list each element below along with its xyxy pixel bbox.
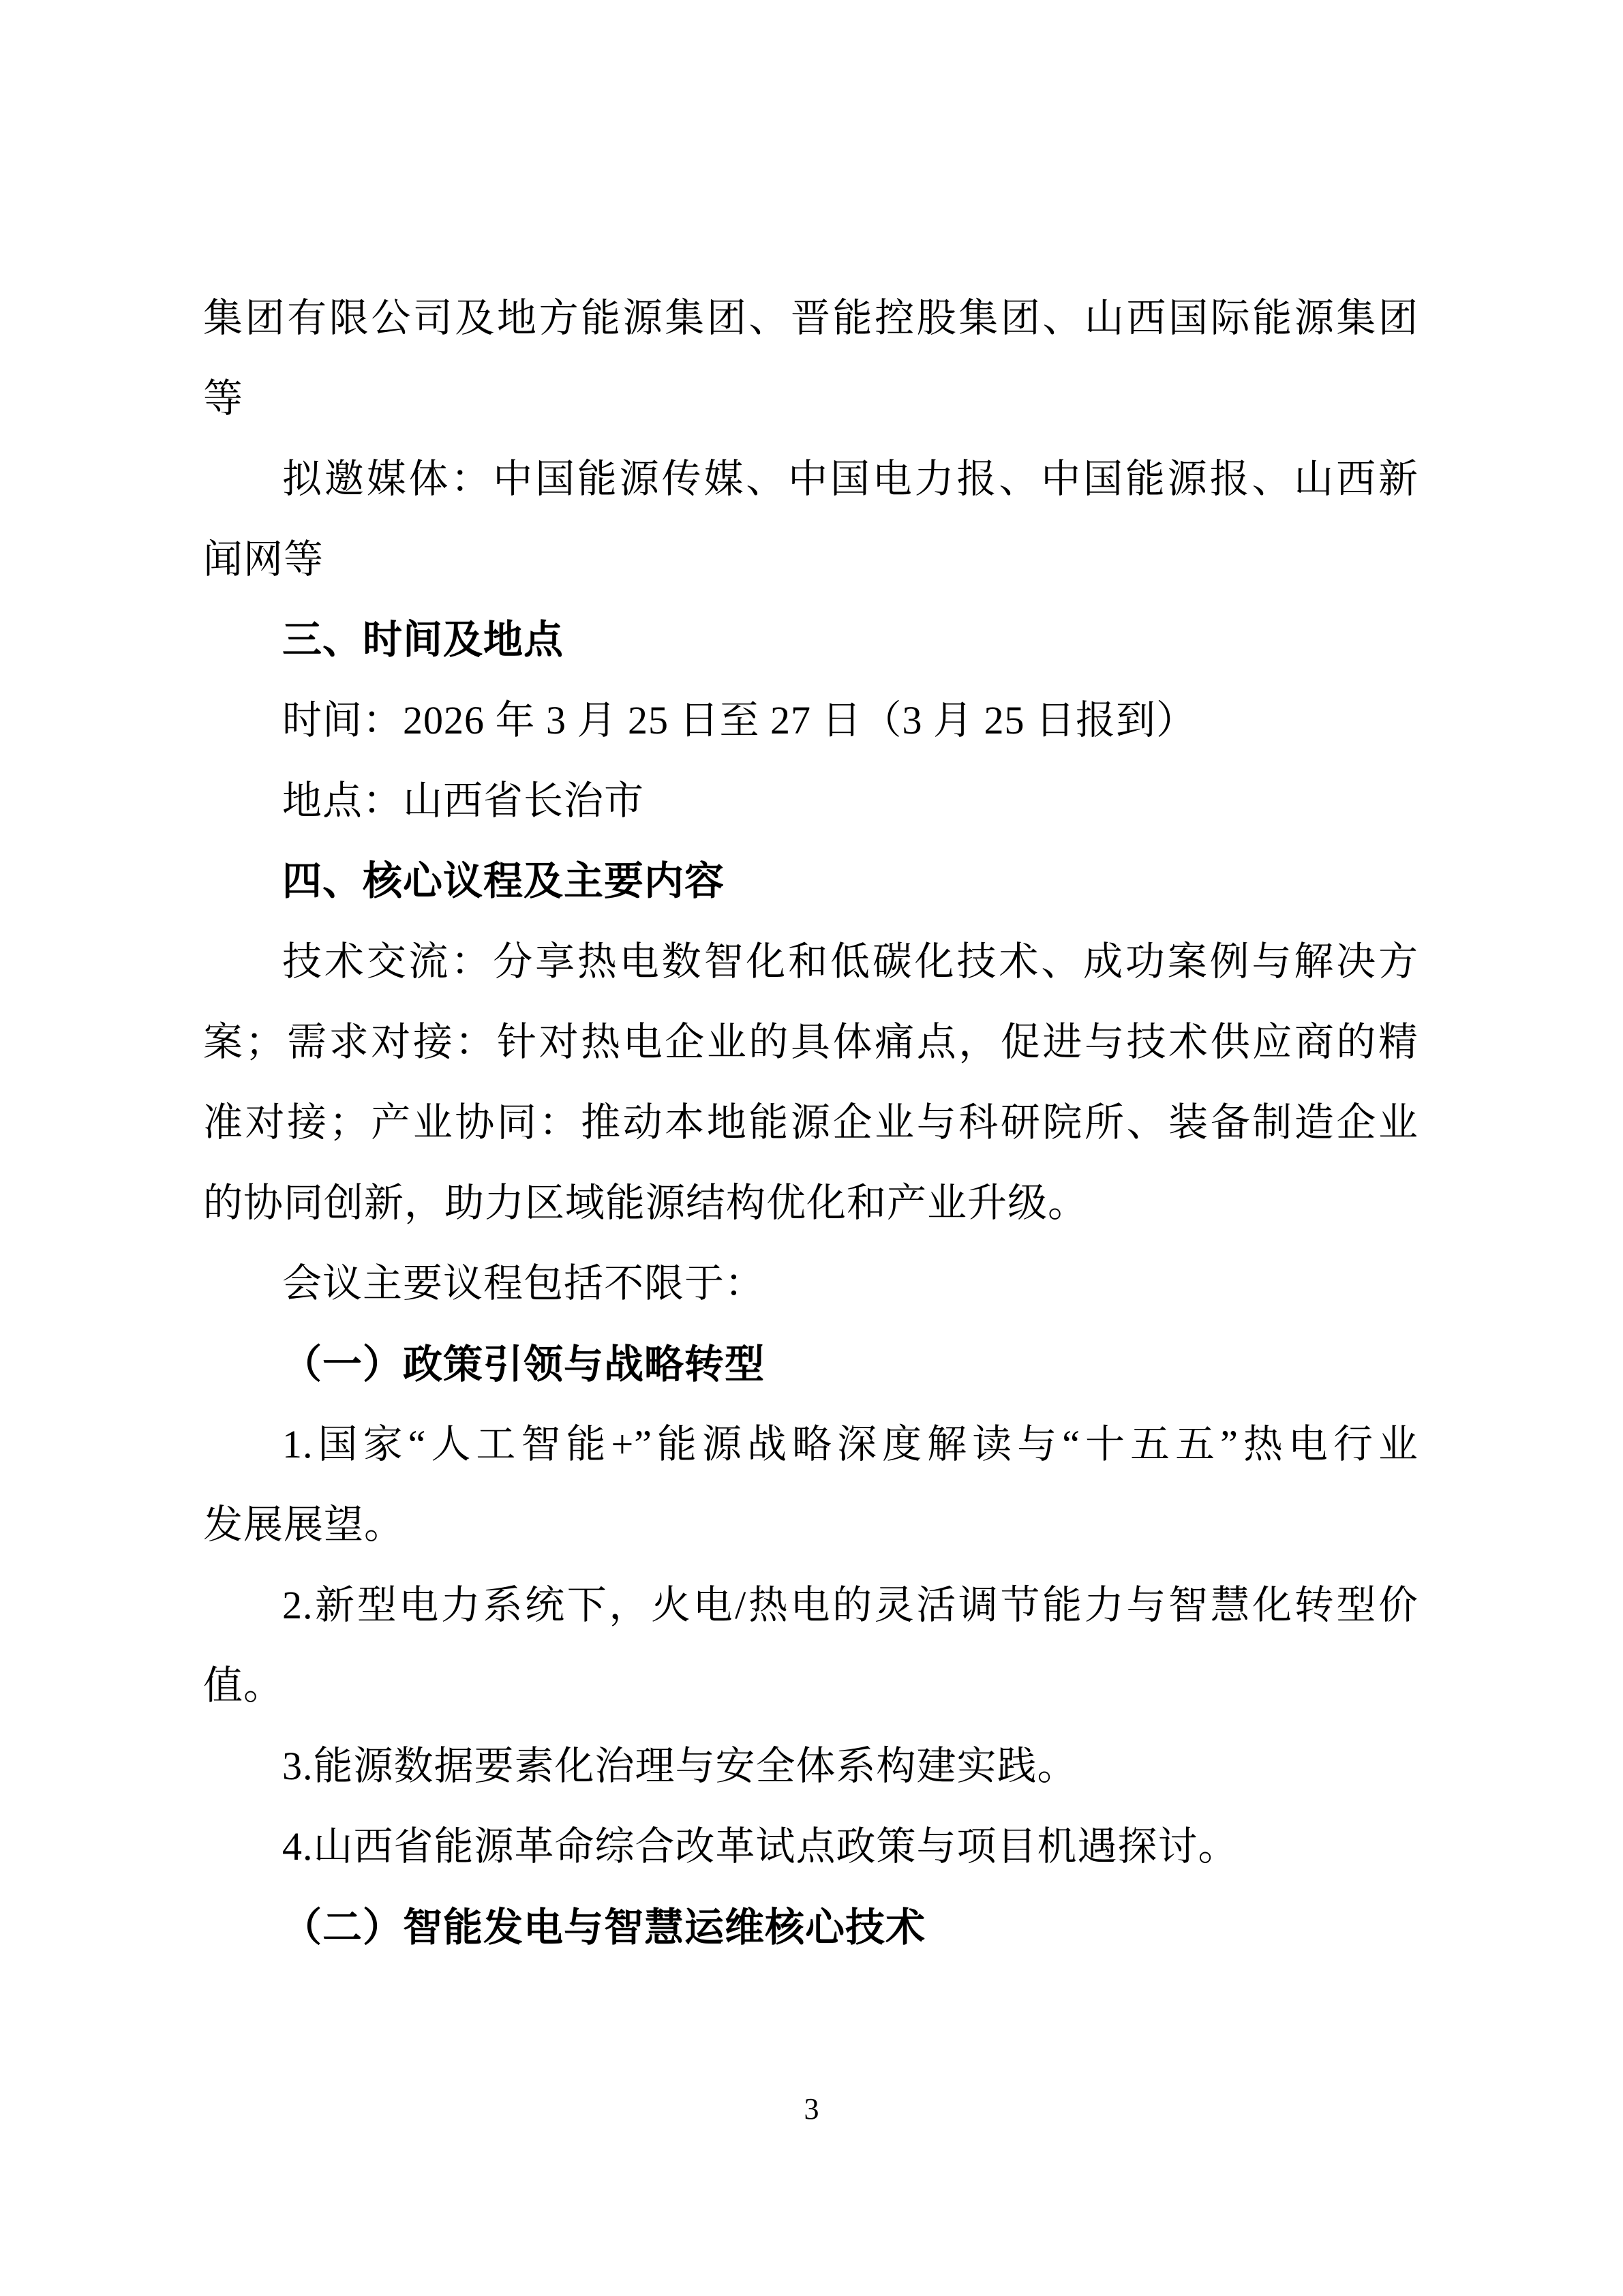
body-line: 案；需求对接：针对热电企业的具体痛点，促进与技术供应商的精 [203,1002,1419,1083]
sub-heading: （一）政策引领与战略转型 [203,1324,1419,1404]
body-line: 准对接；产业协同：推动本地能源企业与科研院所、装备制造企业 [203,1083,1419,1163]
body-line: 4.山西省能源革命综合改革试点政策与项目机遇探讨。 [203,1807,1419,1887]
body-line: 值。 [203,1646,1419,1726]
page-number: 3 [0,2091,1623,2127]
section-heading: 四、核心议程及主要内容 [203,841,1419,922]
body-line: 3.能源数据要素化治理与安全体系构建实践。 [203,1726,1419,1807]
body-line: 拟邀媒体：中国能源传媒、中国电力报、中国能源报、山西新 [203,439,1419,519]
body-line: 地点：山西省长治市 [203,761,1419,841]
document-page: 集团有限公司及地方能源集团、晋能控股集团、山西国际能源集团 等 拟邀媒体：中国能… [0,0,1623,2296]
body-line: 技术交流：分享热电数智化和低碳化技术、成功案例与解决方 [203,922,1419,1002]
body-line: 闻网等 [203,519,1419,600]
section-heading: 三、时间及地点 [203,600,1419,680]
sub-heading: （二）智能发电与智慧运维核心技术 [203,1887,1419,1967]
body-line: 时间：2026 年 3 月 25 日至 27 日（3 月 25 日报到） [203,680,1419,761]
body-line: 发展展望。 [203,1485,1419,1565]
body-line: 等 [203,359,1419,439]
document-body: 集团有限公司及地方能源集团、晋能控股集团、山西国际能源集团 等 拟邀媒体：中国能… [203,278,1419,1967]
body-line: 的协同创新，助力区域能源结构优化和产业升级。 [203,1163,1419,1243]
body-line: 1.国家“人工智能+”能源战略深度解读与“十五五”热电行业 [203,1404,1419,1485]
body-line: 集团有限公司及地方能源集团、晋能控股集团、山西国际能源集团 [203,278,1419,359]
body-line: 会议主要议程包括不限于： [203,1243,1419,1324]
body-line: 2.新型电力系统下，火电/热电的灵活调节能力与智慧化转型价 [203,1565,1419,1646]
